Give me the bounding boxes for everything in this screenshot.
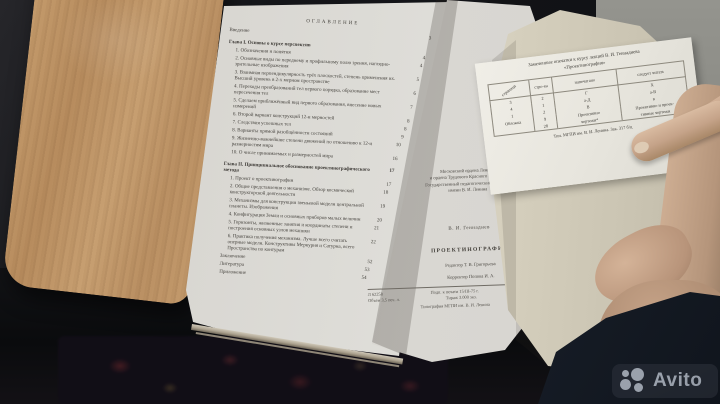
toc-entry-page: 53: [357, 268, 369, 274]
toc-entry-page: 4: [413, 56, 425, 62]
toc-entry-page: 18: [376, 190, 388, 202]
toc-entry-page: 20: [370, 218, 382, 224]
errata-header-page-label: страница: [501, 83, 517, 97]
toc-entry-page: 16: [385, 157, 397, 163]
toc-entry-page: 21: [367, 226, 379, 238]
colophon-print-run: Тираж 3.000 экз.: [446, 294, 477, 301]
toc-entry-page: 3: [419, 36, 431, 42]
toc-entry-page: 52: [360, 260, 372, 266]
photo-scene: ОГЛАВЛЕНИЕ Введение3Глава I. Основы о ку…: [0, 0, 720, 404]
toc-entry-page: 22: [363, 240, 376, 258]
toc-entry-page: 7: [400, 105, 412, 117]
toc-entry-page: 54: [354, 275, 366, 281]
colophon-volume: Объем 3,5 печ. л.: [368, 297, 400, 304]
avito-watermark-label: Avito: [653, 370, 702, 392]
errata-cell: 28: [534, 121, 558, 131]
toc-entry-page: 10: [388, 143, 400, 155]
toc-entry-page: 8: [397, 119, 409, 125]
avito-logo-icon: [620, 368, 650, 394]
avito-watermark: Avito: [612, 364, 718, 398]
toc-entry-page: 17: [382, 169, 394, 181]
toc-entry-page: 8: [394, 127, 406, 133]
toc-entry-text: Введение: [229, 28, 419, 42]
toc-entry-page: 4: [410, 64, 422, 76]
toc-entry-page: 5: [407, 77, 419, 89]
toc-entry-page: 9: [392, 135, 404, 141]
toc-entry-page: [416, 48, 428, 54]
toc-entry-page: 17: [379, 182, 391, 188]
toc-entry-page: 6: [403, 91, 415, 103]
toc-entry-page: 19: [373, 204, 385, 216]
